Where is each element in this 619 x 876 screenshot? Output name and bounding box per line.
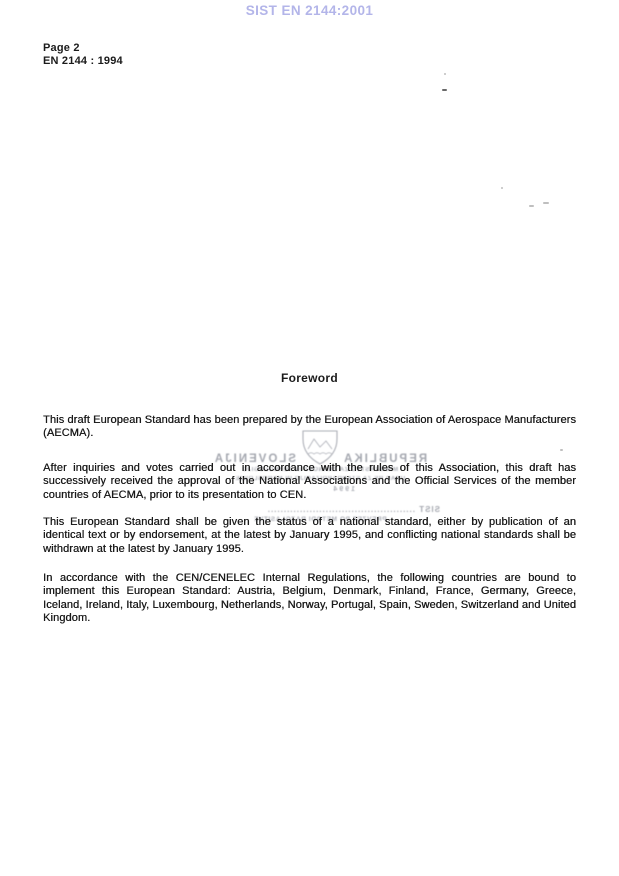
page-number: Page 2 [43, 42, 123, 55]
paragraph-prepared-by: This draft European Standard has been pr… [43, 414, 576, 441]
scan-speck [529, 205, 534, 207]
standard-reference: EN 2144 : 1994 [43, 55, 123, 68]
scanned-document-page: SIST EN 2144:2001 Page 2 EN 2144 : 1994 … [0, 0, 619, 876]
scan-speck [560, 449, 563, 451]
scan-speck [444, 73, 446, 75]
scan-speck [442, 89, 447, 91]
scan-speck [501, 187, 503, 189]
scan-speck [543, 202, 549, 204]
stamp-dotted-line: SIST ...................................… [200, 505, 440, 514]
page-header-block: Page 2 EN 2144 : 1994 [43, 42, 123, 68]
section-heading-foreword: Foreword [0, 371, 619, 385]
paragraph-inquiries-votes: After inquiries and votes carried out in… [43, 462, 576, 502]
paragraph-national-status: This European Standard shall be given th… [43, 516, 576, 556]
paragraph-bound-countries: In accordance with the CEN/CENELEC Inter… [43, 572, 576, 626]
sist-watermark-header: SIST EN 2144:2001 [0, 3, 619, 18]
